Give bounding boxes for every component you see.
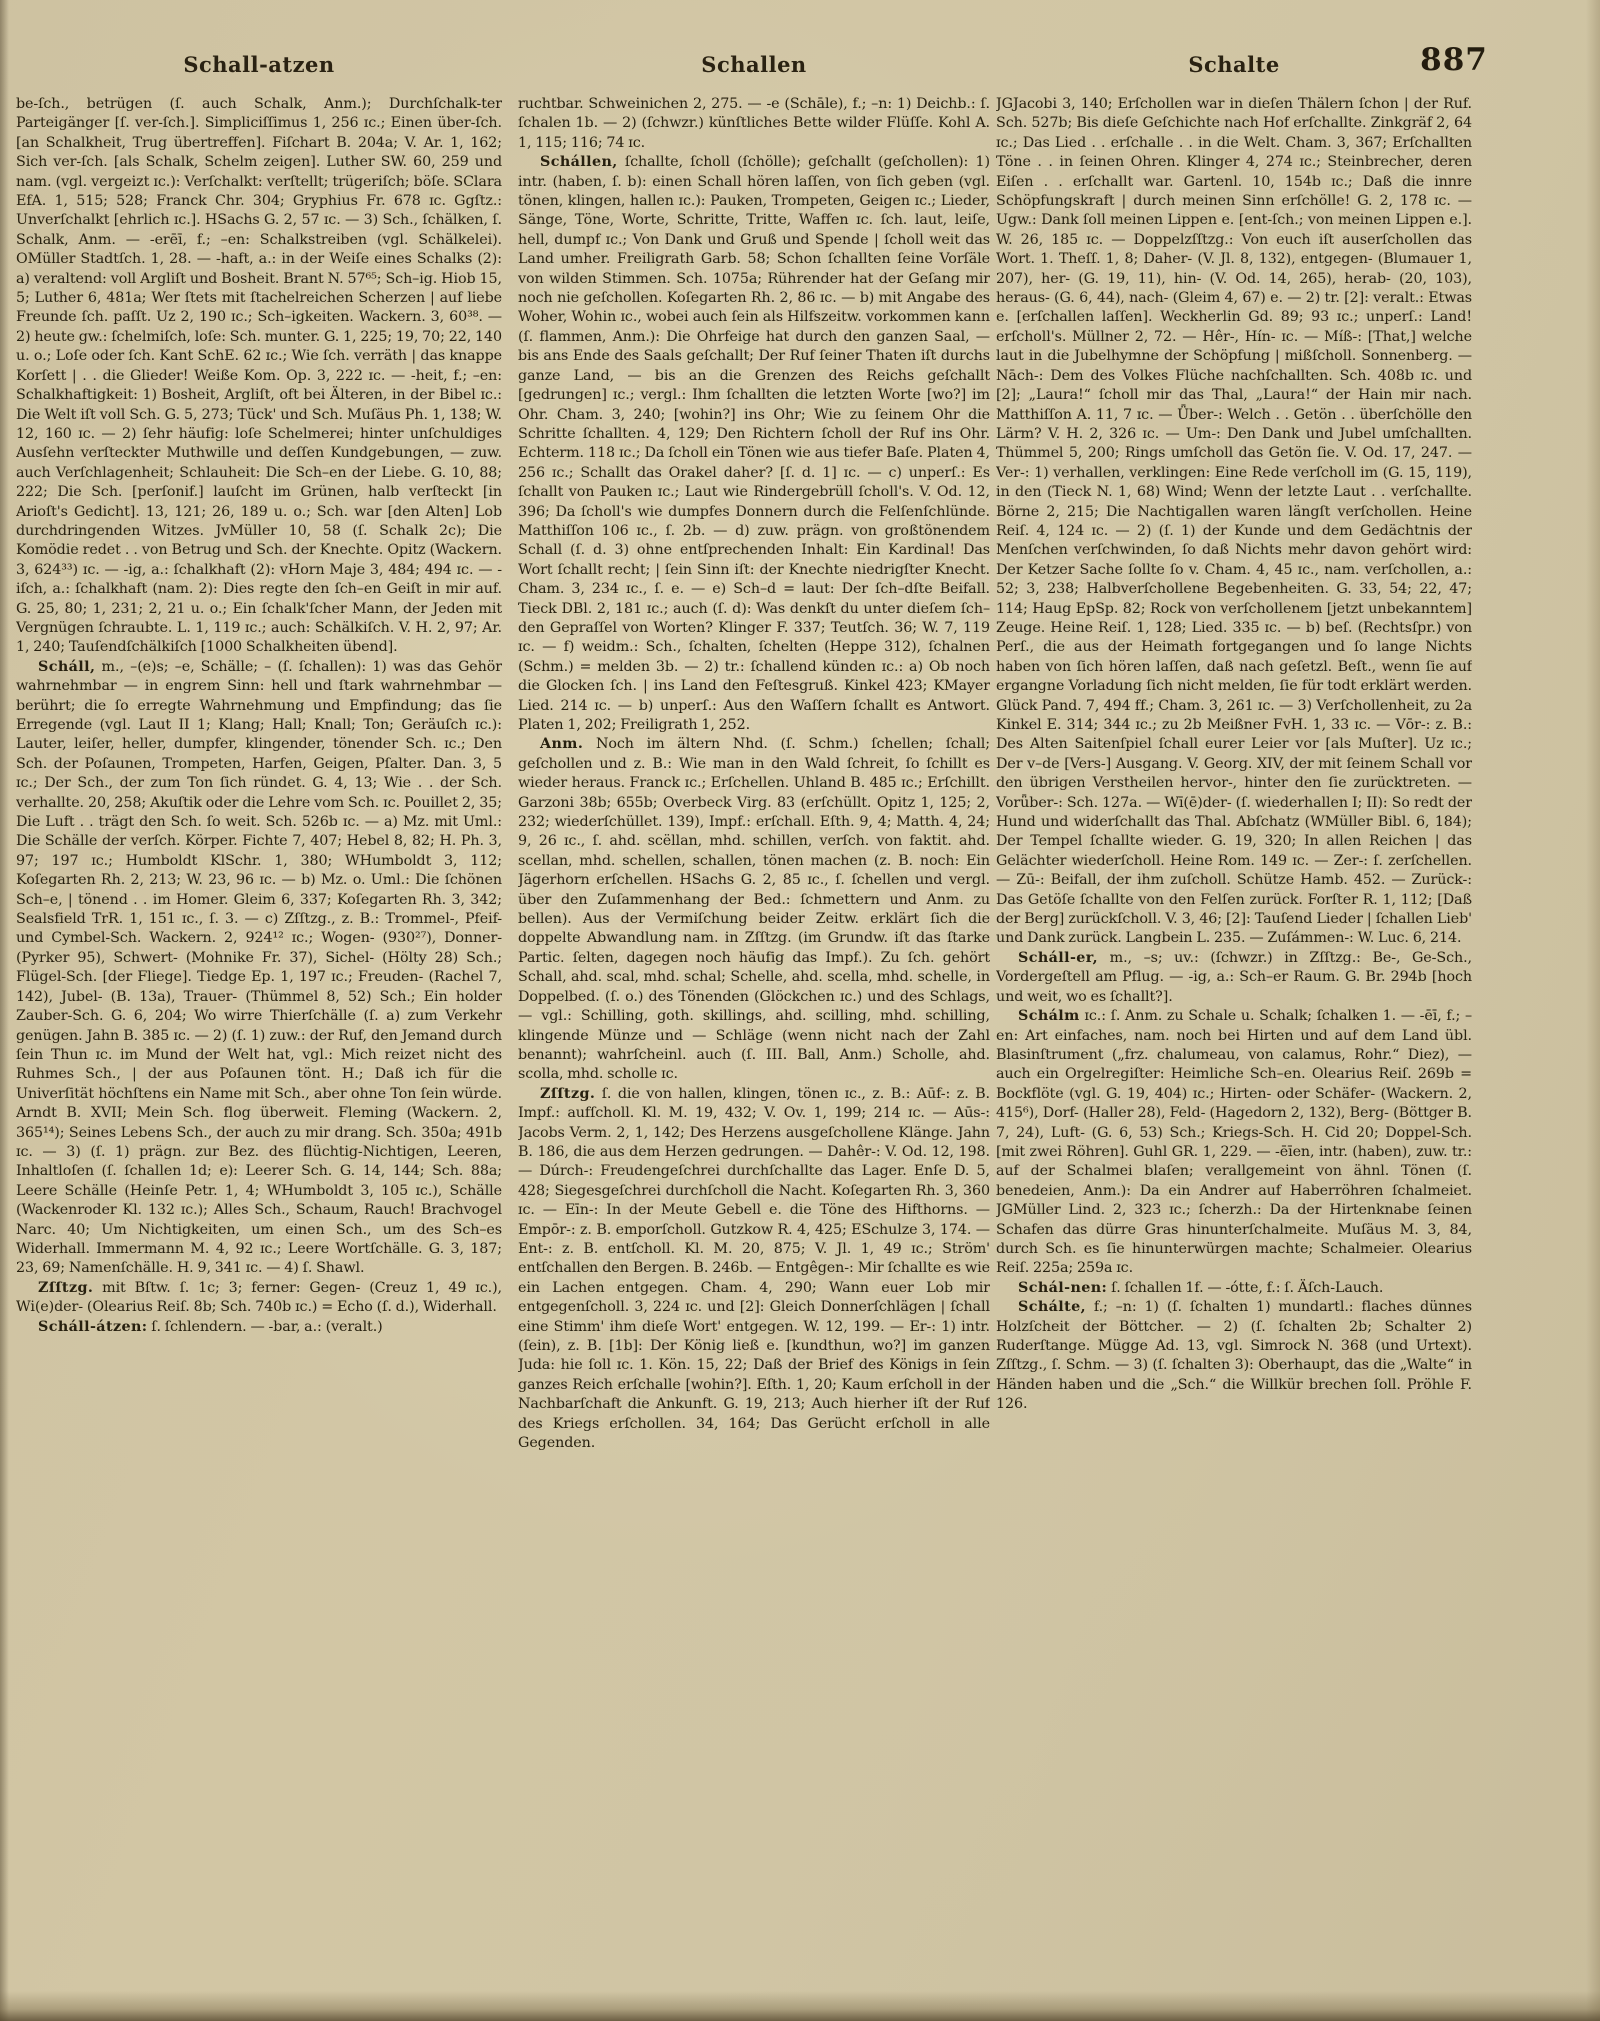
paragraph: Zſſtzg. mit Bſtw. ſ. 1c; 3; ferner: Gege…: [16, 1279, 502, 1318]
paragraph: Scháll-er, m., –s; uv.: (ſchwzr.) in Zſſ…: [996, 949, 1472, 1007]
entry-headword: Zſſtzg.: [540, 1086, 595, 1102]
paragraph: Schállen, ſchallte, ſcholl (ſchölle); ge…: [518, 153, 990, 735]
paragraph: Scháll-átzen: ſ. ſchlendern. — -bar, a.:…: [16, 1318, 502, 1337]
entry-headword: Scháll-er,: [1018, 950, 1098, 966]
entry-headword: Schálm: [1018, 1008, 1080, 1024]
paragraph: Zſſtzg. ſ. die von hallen, klingen, töne…: [518, 1085, 990, 1454]
paragraph-text: ruchtbar. Schweinichen 2, 275. — -e (Sch…: [518, 96, 990, 151]
paragraph-text: ɪc.: ſ. Anm. zu Schale u. Schalk; ſchalk…: [996, 1008, 1472, 1276]
paragraph: JGJacobi 3, 140; Erſchollen war in dieſe…: [996, 95, 1472, 949]
paragraph-text: ſ. die von hallen, klingen, tönen ɪc., z…: [518, 1086, 990, 1451]
paragraph-text: ſchallte, ſcholl (ſchölle); geſchallt (g…: [518, 154, 990, 733]
running-head-center: Schallen: [518, 52, 990, 80]
running-head-right: Schalte: [996, 52, 1472, 80]
entry-headword: Schál-nen:: [1018, 1280, 1107, 1296]
paragraph: Schálm ɪc.: ſ. Anm. zu Schale u. Schalk;…: [996, 1007, 1472, 1279]
paragraph: be-ſch., betrügen (ſ. auch Schalk, Anm.)…: [16, 95, 502, 658]
paragraph: Scháll, m., –(e)s; –e, Schälle; – (ſ. ſc…: [16, 658, 502, 1279]
entry-headword: Schálte,: [1018, 1299, 1086, 1315]
paragraph-text: ſ. ſchallen 1f. — -ótte, f.: ſ. Äſch-Lau…: [1107, 1280, 1383, 1296]
paragraph-text: ſ. ſchlendern. — -bar, a.: (veralt.): [147, 1319, 382, 1335]
paragraph-text: f.; –n: 1) (ſ. ſchalten 1) mundartl.: fl…: [996, 1299, 1472, 1412]
entry-headword: Zſſtzg.: [38, 1280, 93, 1296]
paragraph-text: JGJacobi 3, 140; Erſchollen war in dieſe…: [996, 96, 1472, 946]
paragraph-text: be-ſch., betrügen (ſ. auch Schalk, Anm.)…: [16, 96, 502, 655]
paragraph-text: Noch im ältern Nhd. (ſ. Schm.) ſchellen;…: [518, 736, 990, 1082]
entry-headword: Scháll-átzen:: [38, 1319, 147, 1335]
paragraph: Anm. Noch im ältern Nhd. (ſ. Schm.) ſche…: [518, 735, 990, 1084]
paragraph-text: m., –(e)s; –e, Schälle; – (ſ. ſchallen):…: [16, 659, 502, 1277]
column-3: JGJacobi 3, 140; Erſchollen war in dieſe…: [996, 95, 1472, 1907]
paragraph: Schál-nen: ſ. ſchallen 1f. — -ótte, f.: …: [996, 1279, 1472, 1298]
entry-headword: Anm.: [540, 736, 583, 752]
column-1: be-ſch., betrügen (ſ. auch Schalk, Anm.)…: [16, 95, 502, 1907]
column-2: ruchtbar. Schweinichen 2, 275. — -e (Sch…: [518, 95, 990, 1907]
running-head-left: Schall-atzen: [16, 52, 502, 80]
entry-headword: Scháll,: [38, 659, 95, 675]
dictionary-page: Schall-atzen Schallen Schalte 887 be-ſch…: [0, 0, 1600, 2021]
page-number: 887: [1414, 42, 1494, 78]
scan-edge-right-shadow: [1586, 0, 1600, 2021]
scan-edge-left-shadow: [0, 0, 9, 2021]
paragraph: ruchtbar. Schweinichen 2, 275. — -e (Sch…: [518, 95, 990, 153]
paragraph: Schálte, f.; –n: 1) (ſ. ſchalten 1) mund…: [996, 1298, 1472, 1414]
entry-headword: Schállen,: [540, 154, 618, 170]
scan-edge-bottom-shadow: [0, 1991, 1600, 2021]
